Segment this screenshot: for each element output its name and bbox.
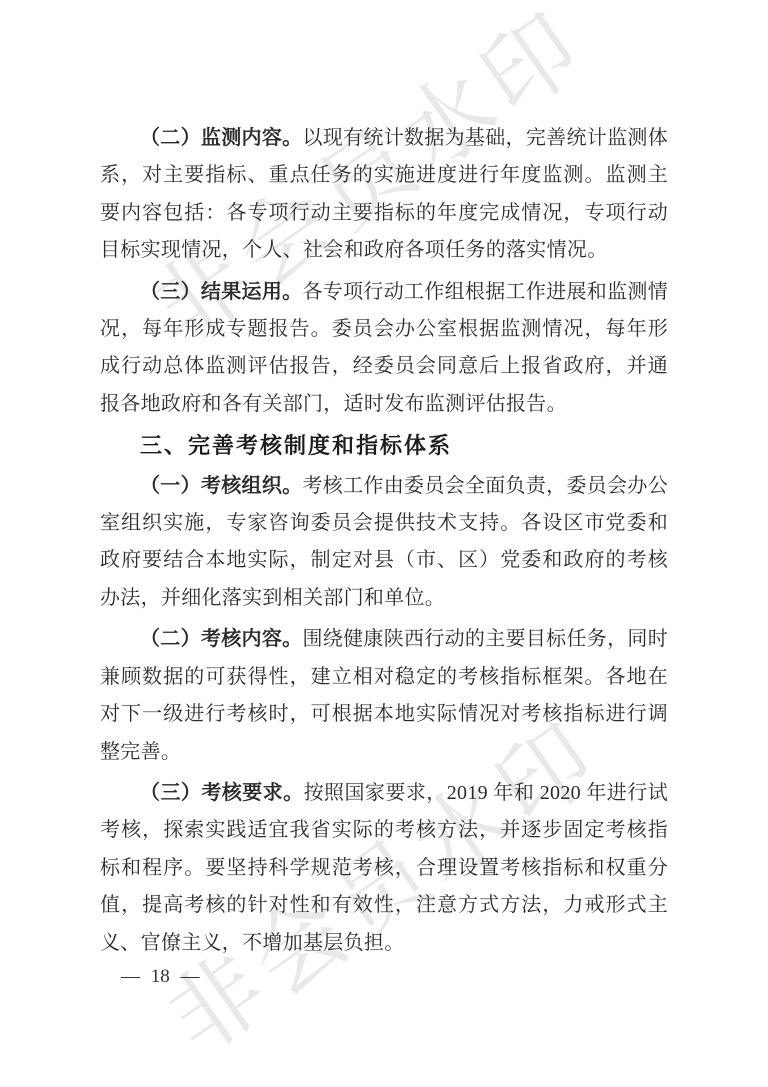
para-lead: （二）监测内容。 bbox=[140, 127, 302, 149]
para-lead: （三）结果运用。 bbox=[140, 281, 302, 303]
para-lead: （一）考核组织。 bbox=[140, 475, 302, 497]
para-assessment-content: （二）考核内容。围绕健康陕西行动的主要目标任务，同时兼顾数据的可获得性，建立相对… bbox=[100, 621, 668, 771]
para-assessment-organization: （一）考核组织。考核工作由委员会全面负责，委员会办公室组织实施，专家咨询委员会提… bbox=[100, 468, 668, 618]
document-page: 非会员水印 非会员水印 （二）监测内容。以现有统计数据为基础，完善统计监测体系，… bbox=[0, 0, 768, 1087]
para-body: 按照国家要求，2019 年和 2020 年进行试考核，探索实践适宜我省实际的考核… bbox=[100, 782, 668, 954]
para-monitoring-content: （二）监测内容。以现有统计数据为基础，完善统计监测体系，对主要指标、重点任务的实… bbox=[100, 120, 668, 270]
page-number: — 18 — bbox=[121, 966, 200, 988]
para-lead: （二）考核内容。 bbox=[140, 628, 302, 650]
para-lead: （三）考核要求。 bbox=[140, 782, 304, 804]
section-heading-assessment-system: 三、完善考核制度和指标体系 bbox=[100, 427, 668, 464]
para-assessment-requirements: （三）考核要求。按照国家要求，2019 年和 2020 年进行试考核，探索实践适… bbox=[100, 775, 668, 962]
para-result-application: （三）结果运用。各专项行动工作组根据工作进展和监测情况，每年形成专题报告。委员会… bbox=[100, 274, 668, 424]
document-body: （二）监测内容。以现有统计数据为基础，完善统计监测体系，对主要指标、重点任务的实… bbox=[100, 120, 668, 966]
